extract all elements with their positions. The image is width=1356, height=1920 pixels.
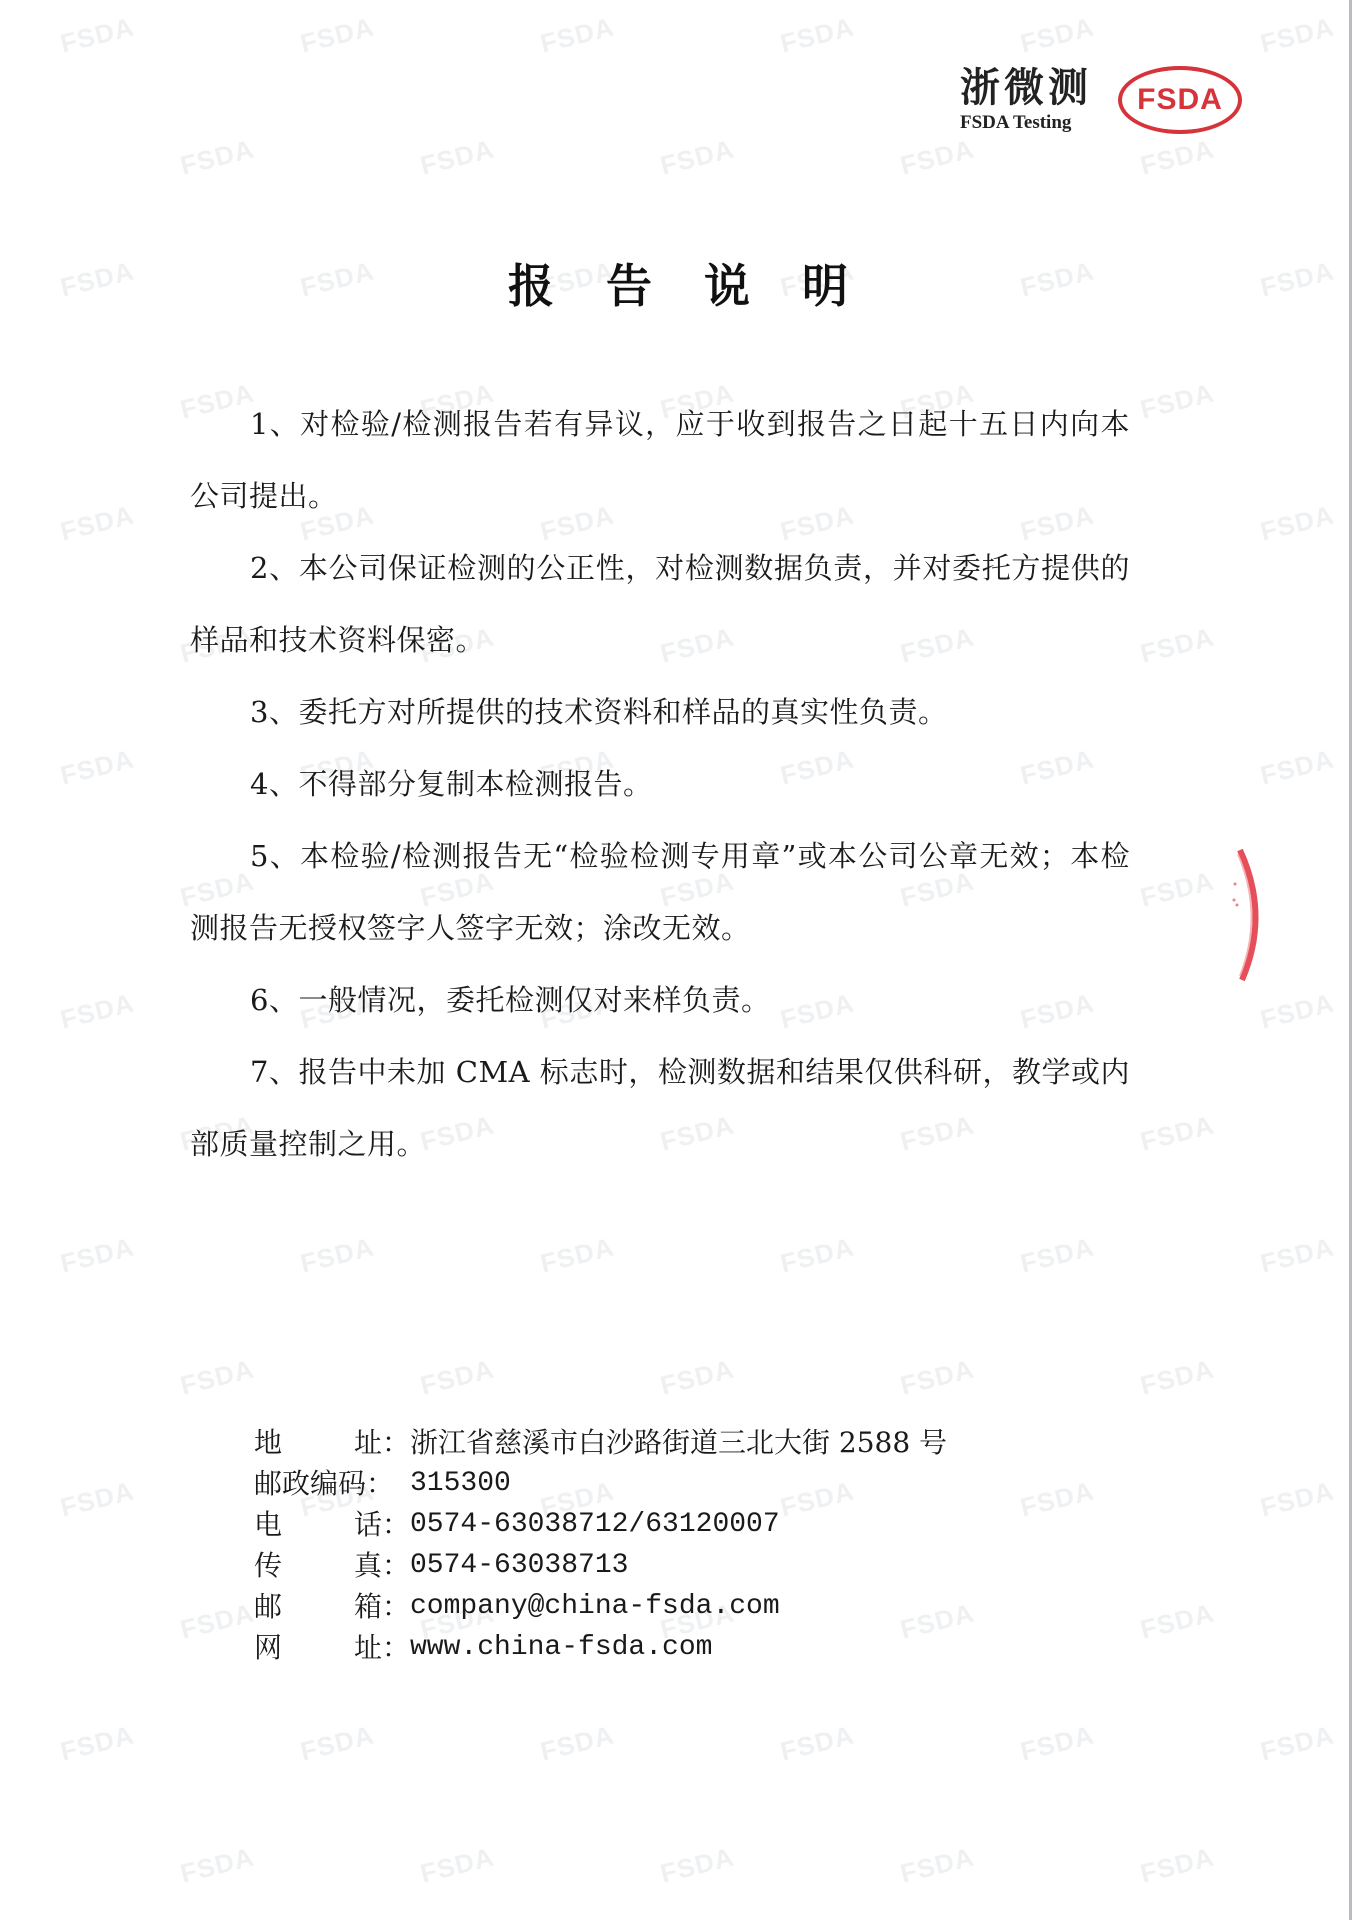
contact-info: 地 址： 浙江省慈溪市白沙路街道三北大街 2588 号 邮政编码： 315300…: [254, 1422, 947, 1668]
title-char: 报: [508, 259, 580, 313]
watermark-text: FSDA: [897, 1841, 977, 1889]
contact-label: 邮 箱：: [254, 1586, 410, 1627]
watermark-text: FSDA: [1257, 1719, 1337, 1767]
watermark-text: FSDA: [1017, 1719, 1097, 1767]
contact-website: 网 址： www.china-fsda.com: [254, 1627, 947, 1668]
watermark-text: FSDA: [417, 1841, 497, 1889]
label-part: 址：: [354, 1422, 410, 1463]
watermark-text: FSDA: [57, 1231, 137, 1279]
watermark-text: FSDA: [777, 1719, 857, 1767]
watermark-text: FSDA: [297, 1231, 377, 1279]
watermark-text: FSDA: [297, 11, 377, 59]
label-part: 真：: [354, 1545, 410, 1586]
title-char: 说: [704, 259, 776, 313]
contact-label: 地 址：: [254, 1422, 410, 1463]
watermark-text: FSDA: [1137, 1109, 1217, 1157]
contact-postcode: 邮政编码： 315300: [254, 1463, 947, 1504]
watermark-text: FSDA: [1257, 499, 1337, 547]
logo-badge-text: FSDA: [1137, 83, 1223, 117]
watermark-text: FSDA: [177, 133, 257, 181]
watermark-text: FSDA: [1137, 377, 1217, 425]
email-value: company@china-fsda.com: [410, 1586, 780, 1627]
contact-label: 传 真：: [254, 1545, 410, 1586]
watermark-text: FSDA: [1257, 743, 1337, 791]
watermark-text: FSDA: [777, 11, 857, 59]
official-seal-edge-icon: [1230, 840, 1294, 990]
website-value: www.china-fsda.com: [410, 1627, 712, 1668]
address-value: 浙江省慈溪市白沙路街道三北大街 2588 号: [410, 1422, 947, 1463]
watermark-text: FSDA: [777, 1231, 857, 1279]
watermark-text: FSDA: [1017, 1231, 1097, 1279]
watermark-text: FSDA: [57, 11, 137, 59]
contact-phone: 电 话： 0574-63038712/63120007: [254, 1504, 947, 1545]
watermark-text: FSDA: [417, 1353, 497, 1401]
watermark-text: FSDA: [1257, 1231, 1337, 1279]
watermark-text: FSDA: [537, 11, 617, 59]
label-part: 址：: [354, 1627, 410, 1668]
contact-label: 网 址：: [254, 1627, 410, 1668]
watermark-text: FSDA: [1257, 987, 1337, 1035]
watermark-text: FSDA: [1137, 1353, 1217, 1401]
label-part: 邮: [254, 1586, 282, 1627]
watermark-text: FSDA: [57, 743, 137, 791]
contact-email: 邮 箱： company@china-fsda.com: [254, 1586, 947, 1627]
title-char: 明: [802, 259, 874, 313]
note-item-6: 6、一般情况，委托检测仅对来样负责。: [190, 964, 1130, 1036]
watermark-text: FSDA: [297, 1719, 377, 1767]
watermark-text: FSDA: [657, 1353, 737, 1401]
contact-label: 电 话：: [254, 1504, 410, 1545]
label-part: 电: [254, 1504, 282, 1545]
phone-value: 0574-63038712/63120007: [410, 1504, 780, 1545]
report-page: FSDAFSDAFSDAFSDAFSDAFSDAFSDAFSDAFSDAFSDA…: [0, 0, 1356, 1920]
watermark-text: FSDA: [1017, 1475, 1097, 1523]
logo-chinese-name: 浙微测: [960, 66, 1092, 110]
report-notes: 1、对检验/检测报告若有异议，应于收到报告之日起十五日内向本公司提出。 2、本公…: [190, 388, 1130, 1180]
label-part: 网: [254, 1627, 282, 1668]
label-part: 话：: [354, 1504, 410, 1545]
watermark-text: FSDA: [897, 1353, 977, 1401]
label-part: 传: [254, 1545, 282, 1586]
watermark-text: FSDA: [177, 1353, 257, 1401]
company-logo: 浙微测 FSDA Testing FSDA: [960, 66, 1242, 134]
watermark-text: FSDA: [1137, 1597, 1217, 1645]
watermark-text: FSDA: [537, 1719, 617, 1767]
watermark-text: FSDA: [1257, 1475, 1337, 1523]
watermark-text: FSDA: [657, 1841, 737, 1889]
watermark-text: FSDA: [1137, 1841, 1217, 1889]
contact-address: 地 址： 浙江省慈溪市白沙路街道三北大街 2588 号: [254, 1422, 947, 1463]
watermark-text: FSDA: [57, 1475, 137, 1523]
label-part: 箱：: [354, 1586, 410, 1627]
note-item-2: 2、本公司保证检测的公正性，对检测数据负责，并对委托方提供的样品和技术资料保密。: [190, 532, 1130, 676]
watermark-text: FSDA: [57, 987, 137, 1035]
label-part: 地: [254, 1422, 282, 1463]
watermark-text: FSDA: [57, 1719, 137, 1767]
fsda-oval-badge-icon: FSDA: [1118, 66, 1242, 134]
note-item-3: 3、委托方对所提供的技术资料和样品的真实性负责。: [190, 676, 1130, 748]
watermark-text: FSDA: [897, 133, 977, 181]
watermark-text: FSDA: [1137, 865, 1217, 913]
watermark-text: FSDA: [1257, 11, 1337, 59]
note-item-4: 4、不得部分复制本检测报告。: [190, 748, 1130, 820]
watermark-text: FSDA: [177, 1841, 257, 1889]
title-char: 告: [606, 259, 678, 313]
logo-text-block: 浙微测 FSDA Testing: [960, 66, 1092, 134]
watermark-text: FSDA: [177, 1597, 257, 1645]
postcode-value: 315300: [410, 1463, 511, 1504]
fax-value: 0574-63038713: [410, 1545, 628, 1586]
label-part: 邮政编码：: [254, 1463, 394, 1504]
watermark-text: FSDA: [1137, 133, 1217, 181]
watermark-text: FSDA: [1017, 11, 1097, 59]
contact-label: 邮政编码：: [254, 1463, 410, 1504]
watermark-text: FSDA: [657, 133, 737, 181]
watermark-text: FSDA: [537, 1231, 617, 1279]
note-item-7: 7、报告中未加 CMA 标志时，检测数据和结果仅供科研，教学或内部质量控制之用。: [190, 1036, 1130, 1180]
logo-english-name: FSDA Testing: [960, 112, 1071, 134]
watermark-text: FSDA: [1137, 621, 1217, 669]
watermark-text: FSDA: [417, 133, 497, 181]
note-item-5: 5、本检验/检测报告无“检验检测专用章”或本公司公章无效；本检测报告无授权签字人…: [190, 820, 1130, 964]
page-title: 报告说明: [0, 250, 1356, 316]
contact-fax: 传 真： 0574-63038713: [254, 1545, 947, 1586]
watermark-text: FSDA: [57, 499, 137, 547]
note-item-1: 1、对检验/检测报告若有异议，应于收到报告之日起十五日内向本公司提出。: [190, 388, 1130, 532]
